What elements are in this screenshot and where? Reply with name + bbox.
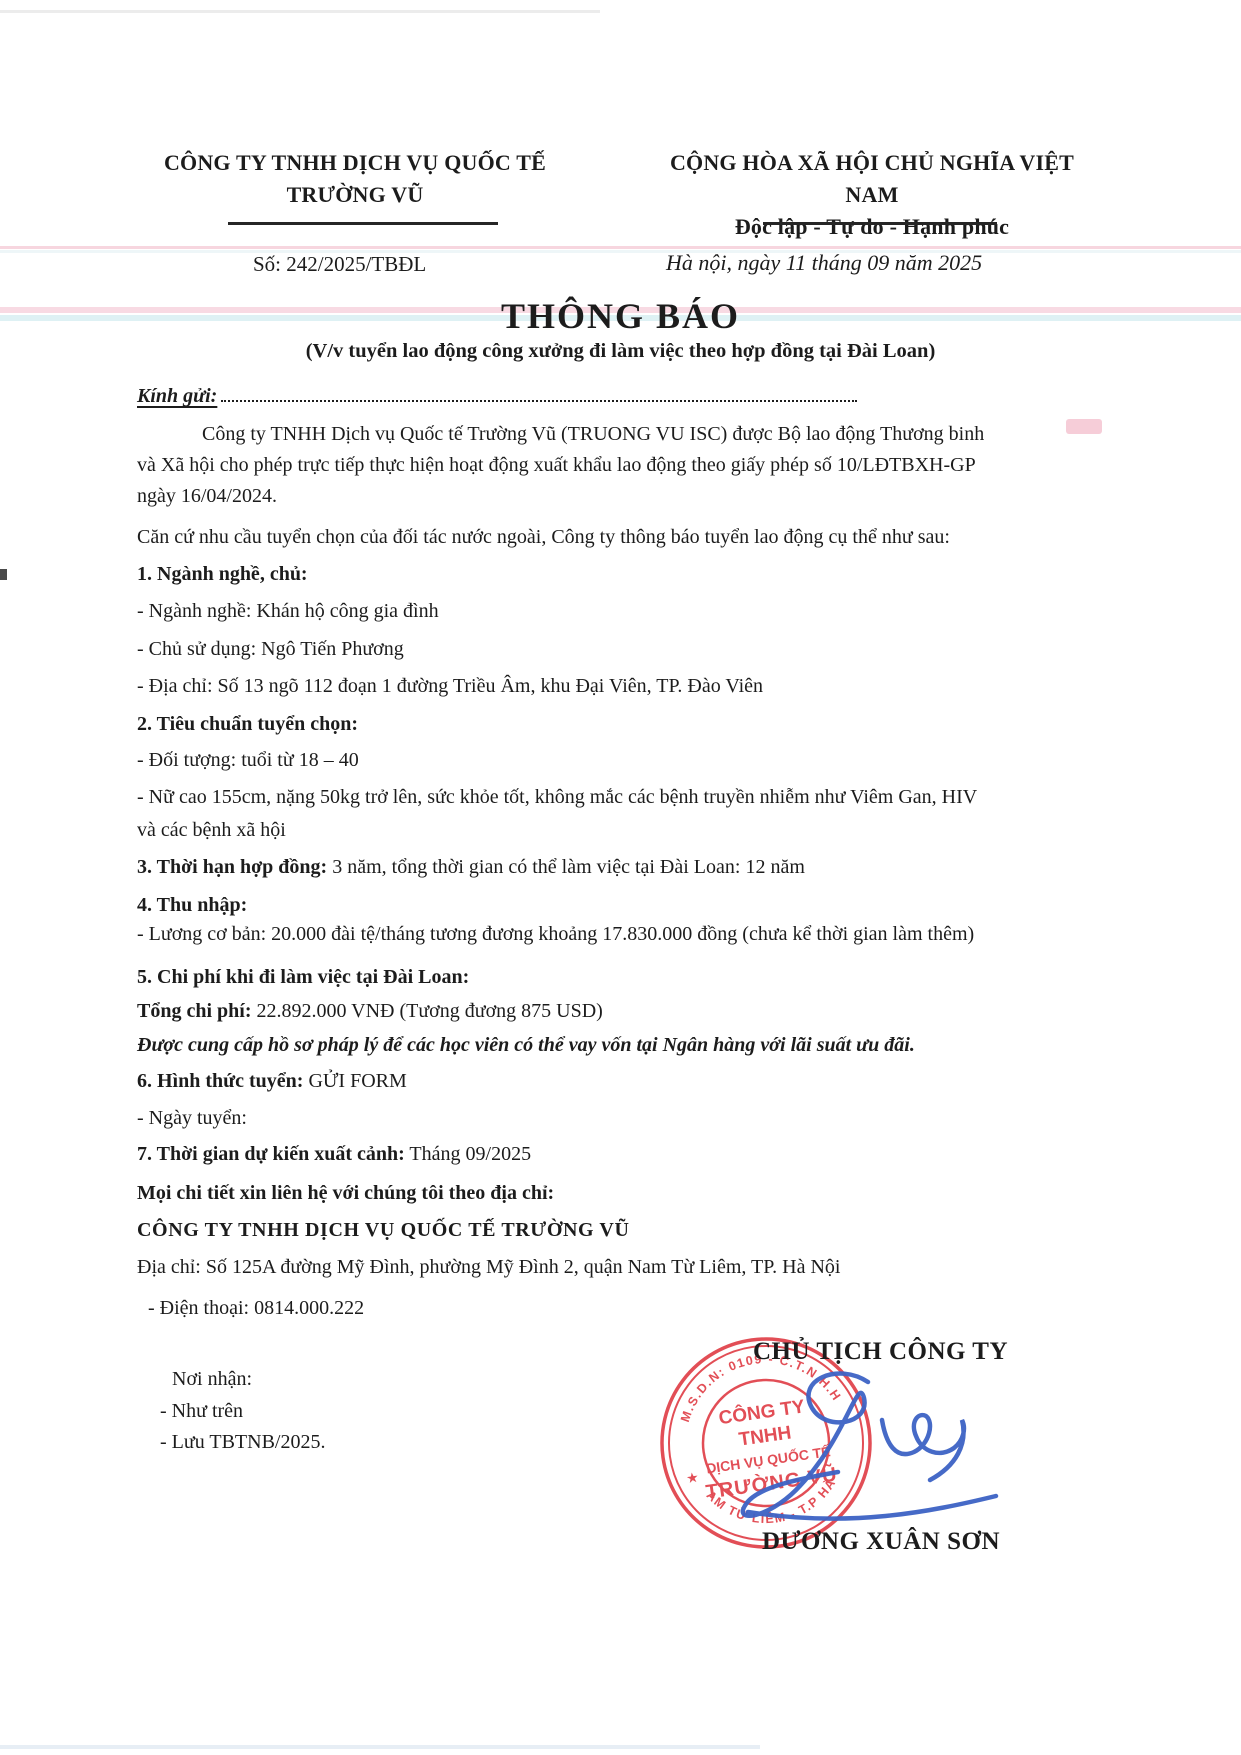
body-line-label: Mọi chi tiết xin liên hệ với chúng tôi t… <box>137 1182 554 1204</box>
body-line-label: Tổng chi phí: <box>137 1000 251 1022</box>
body-line-label: 3. Thời hạn hợp đồng: <box>137 856 327 878</box>
body-line: Mọi chi tiết xin liên hệ với chúng tôi t… <box>137 1180 554 1206</box>
body-line-text: Được cung cấp hồ sơ pháp lý để các học v… <box>137 1034 915 1056</box>
body-line: Địa chỉ: Số 125A đường Mỹ Đình, phường M… <box>137 1254 840 1280</box>
body-line-text: và các bệnh xã hội <box>137 819 286 841</box>
body-line-text: Công ty TNHH Dịch vụ Quốc tế Trường Vũ (… <box>202 423 984 445</box>
body-line: - Đối tượng: tuổi từ 18 – 40 <box>137 747 359 773</box>
body-line-text: Căn cứ nhu cầu tuyển chọn của đối tác nư… <box>137 526 950 548</box>
body-line: - Địa chỉ: Số 13 ngõ 112 đoạn 1 đường Tr… <box>137 673 763 699</box>
body-line-label: 2. Tiêu chuẩn tuyển chọn: <box>137 713 358 735</box>
body-line: ngày 16/04/2024. <box>137 483 277 509</box>
body-line-label: CÔNG TY TNHH DỊCH VỤ QUỐC TẾ TRƯỜNG VŨ <box>137 1219 630 1241</box>
body-line-text: - Chủ sử dụng: Ngô Tiến Phương <box>137 638 404 660</box>
body-line: - Như trên <box>160 1398 243 1424</box>
body-line: - Nữ cao 155cm, nặng 50kg trở lên, sức k… <box>137 784 977 810</box>
scanned-document-page: { "page": {"width": 1241, "height": 1755… <box>0 0 1241 1755</box>
body-line-label: 6. Hình thức tuyển: <box>137 1070 303 1092</box>
body-line: 1. Ngành nghề, chủ: <box>137 561 308 587</box>
body-line: Kính gửi: <box>137 383 857 409</box>
body-line: và Xã hội cho phép trực tiếp thực hiện h… <box>137 452 976 478</box>
body-line: - Lương cơ bản: 20.000 đài tệ/tháng tươn… <box>137 921 974 947</box>
body-line-text: GỬI FORM <box>303 1070 406 1092</box>
body-line: Công ty TNHH Dịch vụ Quốc tế Trường Vũ (… <box>202 421 984 447</box>
body-line: 5. Chi phí khi đi làm việc tại Đài Loan: <box>137 964 469 990</box>
body-line-text: - Nữ cao 155cm, nặng 50kg trở lên, sức k… <box>137 786 977 808</box>
body-line-text: - Lương cơ bản: 20.000 đài tệ/tháng tươn… <box>137 923 974 945</box>
body-line-text: - Điện thoại: 0814.000.222 <box>148 1297 364 1319</box>
body-line-text: và Xã hội cho phép trực tiếp thực hiện h… <box>137 454 976 476</box>
body-line: Được cung cấp hồ sơ pháp lý để các học v… <box>137 1032 915 1058</box>
signer-name: DƯƠNG XUÂN SƠN <box>762 1528 1000 1556</box>
body-line: Nơi nhận: <box>172 1366 252 1392</box>
body-line-text: Tháng 09/2025 <box>405 1143 531 1165</box>
dot-leader <box>221 384 857 402</box>
body-line-text: - Đối tượng: tuổi từ 18 – 40 <box>137 749 359 771</box>
signer-title: CHỦ TỊCH CÔNG TY <box>753 1338 1008 1366</box>
body-line-label: 1. Ngành nghề, chủ: <box>137 563 308 585</box>
body-line-label: Kính gửi: <box>137 385 217 407</box>
body-line-text: - Ngành nghề: Khán hộ công gia đình <box>137 600 439 622</box>
body-line-text: Nơi nhận: <box>172 1368 252 1390</box>
body-line: 3. Thời hạn hợp đồng: 3 năm, tổng thời g… <box>137 854 805 880</box>
body-line-text: Địa chỉ: Số 125A đường Mỹ Đình, phường M… <box>137 1256 840 1278</box>
document-body: Kính gửi:Công ty TNHH Dịch vụ Quốc tế Tr… <box>0 0 1241 1755</box>
body-line-text: - Ngày tuyển: <box>137 1107 247 1129</box>
body-line-text: 3 năm, tổng thời gian có thể làm việc tạ… <box>327 856 805 878</box>
body-line: 4. Thu nhập: <box>137 892 247 918</box>
body-line-label: 4. Thu nhập: <box>137 894 247 916</box>
body-line-label: 7. Thời gian dự kiến xuất cảnh: <box>137 1143 405 1165</box>
body-line: Tổng chi phí: 22.892.000 VNĐ (Tương đươn… <box>137 998 603 1024</box>
body-line: 6. Hình thức tuyển: GỬI FORM <box>137 1068 407 1094</box>
body-line-text: 22.892.000 VNĐ (Tương đương 875 USD) <box>251 1000 602 1022</box>
body-line: - Điện thoại: 0814.000.222 <box>148 1295 364 1321</box>
body-line-text: - Như trên <box>160 1400 243 1422</box>
body-line: 7. Thời gian dự kiến xuất cảnh: Tháng 09… <box>137 1141 531 1167</box>
body-line: Căn cứ nhu cầu tuyển chọn của đối tác nư… <box>137 524 950 550</box>
body-line: - Chủ sử dụng: Ngô Tiến Phương <box>137 636 404 662</box>
body-line-text: - Lưu TBTNB/2025. <box>160 1431 325 1453</box>
body-line: - Lưu TBTNB/2025. <box>160 1429 325 1455</box>
body-line: 2. Tiêu chuẩn tuyển chọn: <box>137 711 358 737</box>
body-line: CÔNG TY TNHH DỊCH VỤ QUỐC TẾ TRƯỜNG VŨ <box>137 1217 630 1243</box>
body-line-text: - Địa chỉ: Số 13 ngõ 112 đoạn 1 đường Tr… <box>137 675 763 697</box>
body-line-label: 5. Chi phí khi đi làm việc tại Đài Loan: <box>137 966 469 988</box>
body-line: - Ngày tuyển: <box>137 1105 247 1131</box>
body-line: - Ngành nghề: Khán hộ công gia đình <box>137 598 439 624</box>
body-line: và các bệnh xã hội <box>137 817 286 843</box>
body-line-text: ngày 16/04/2024. <box>137 485 277 507</box>
